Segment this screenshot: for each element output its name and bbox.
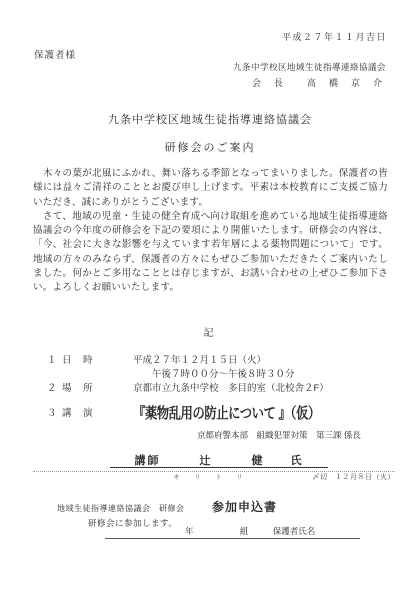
date-line: 平成２７年１１月吉日 xyxy=(282,30,387,43)
field-label-grade: 年 xyxy=(185,526,194,536)
item-value: 午後７時００分～午後８時３０分 xyxy=(152,366,295,380)
item-place: ２ 場 所 京都市立九条中学校 多目的室（北校舎２F） xyxy=(47,380,329,394)
body-paragraph-1: 木々の葉が北風にふかれ、舞い落ちる季節となってまいりました。保護者の皆様には益々… xyxy=(33,167,388,210)
lecture-title: 『薬物乱用の防止について 』（仮） xyxy=(133,402,320,423)
field-label-class: 組 xyxy=(240,526,249,536)
field-label-guardian-name: 保護者氏名 xyxy=(273,526,316,536)
form-title: 参加申込書 xyxy=(212,498,277,515)
item-label: 日 時 xyxy=(62,352,133,366)
item-lecture-cont: 京都府警本部 組織犯罪対策 第三課 係長 xyxy=(197,429,361,441)
body-text: 木々の葉が北風にふかれ、舞い落ちる季節となってまいりました。保護者の皆様には益々… xyxy=(33,167,388,296)
doc-title: 九条中学校区地域生徒指導連絡協議会 xyxy=(0,111,420,127)
sender-president: 会 長 高 橋 京 介 xyxy=(252,76,384,89)
lecturer-affiliation: 京都府警本部 組織犯罪対策 第三課 係長 xyxy=(197,429,361,441)
item-number: １ xyxy=(47,352,62,366)
item-datetime: １ 日 時 平成２７年１２月１５日（火） xyxy=(47,352,266,366)
item-lecture: ３ 講 演 『薬物乱用の防止について 』（仮） xyxy=(47,403,361,421)
document-page: 平成２７年１１月吉日 保護者様 九条中学校区地域生徒指導連絡協議会 会 長 高 … xyxy=(0,0,420,594)
deadline-note: 〆切 １２月８日（火） xyxy=(313,472,396,482)
record-marker: 記 xyxy=(0,324,420,339)
recipient: 保護者様 xyxy=(34,47,76,61)
item-label: 講 演 xyxy=(62,405,133,419)
item-value: 平成２７年１２月１５日（火） xyxy=(133,352,266,366)
lecturer-name-line: 講師 辻 健 氏 xyxy=(110,452,328,468)
body-paragraph-2: さて、地域の児童・生徒の健全育成へ向け取組を進めている地域生徒指導連絡協議会の今… xyxy=(33,210,388,296)
item-label: 場 所 xyxy=(62,380,133,394)
item-value: 京都市立九条中学校 多目的室（北校舎２F） xyxy=(133,380,329,394)
form-fill-line: 年 組 保護者氏名 xyxy=(105,525,360,539)
item-datetime-cont: 午後７時００分～午後８時３０分 xyxy=(152,366,295,380)
form-org-line: 地域生徒指導連絡協議会 研修会 xyxy=(57,503,185,514)
sender-org: 九条中学校区地域生徒指導連絡協議会 xyxy=(233,61,386,73)
item-number: ２ xyxy=(47,380,62,394)
item-number: ３ xyxy=(47,405,62,419)
doc-subtitle: 研修会のご案内 xyxy=(0,139,420,155)
